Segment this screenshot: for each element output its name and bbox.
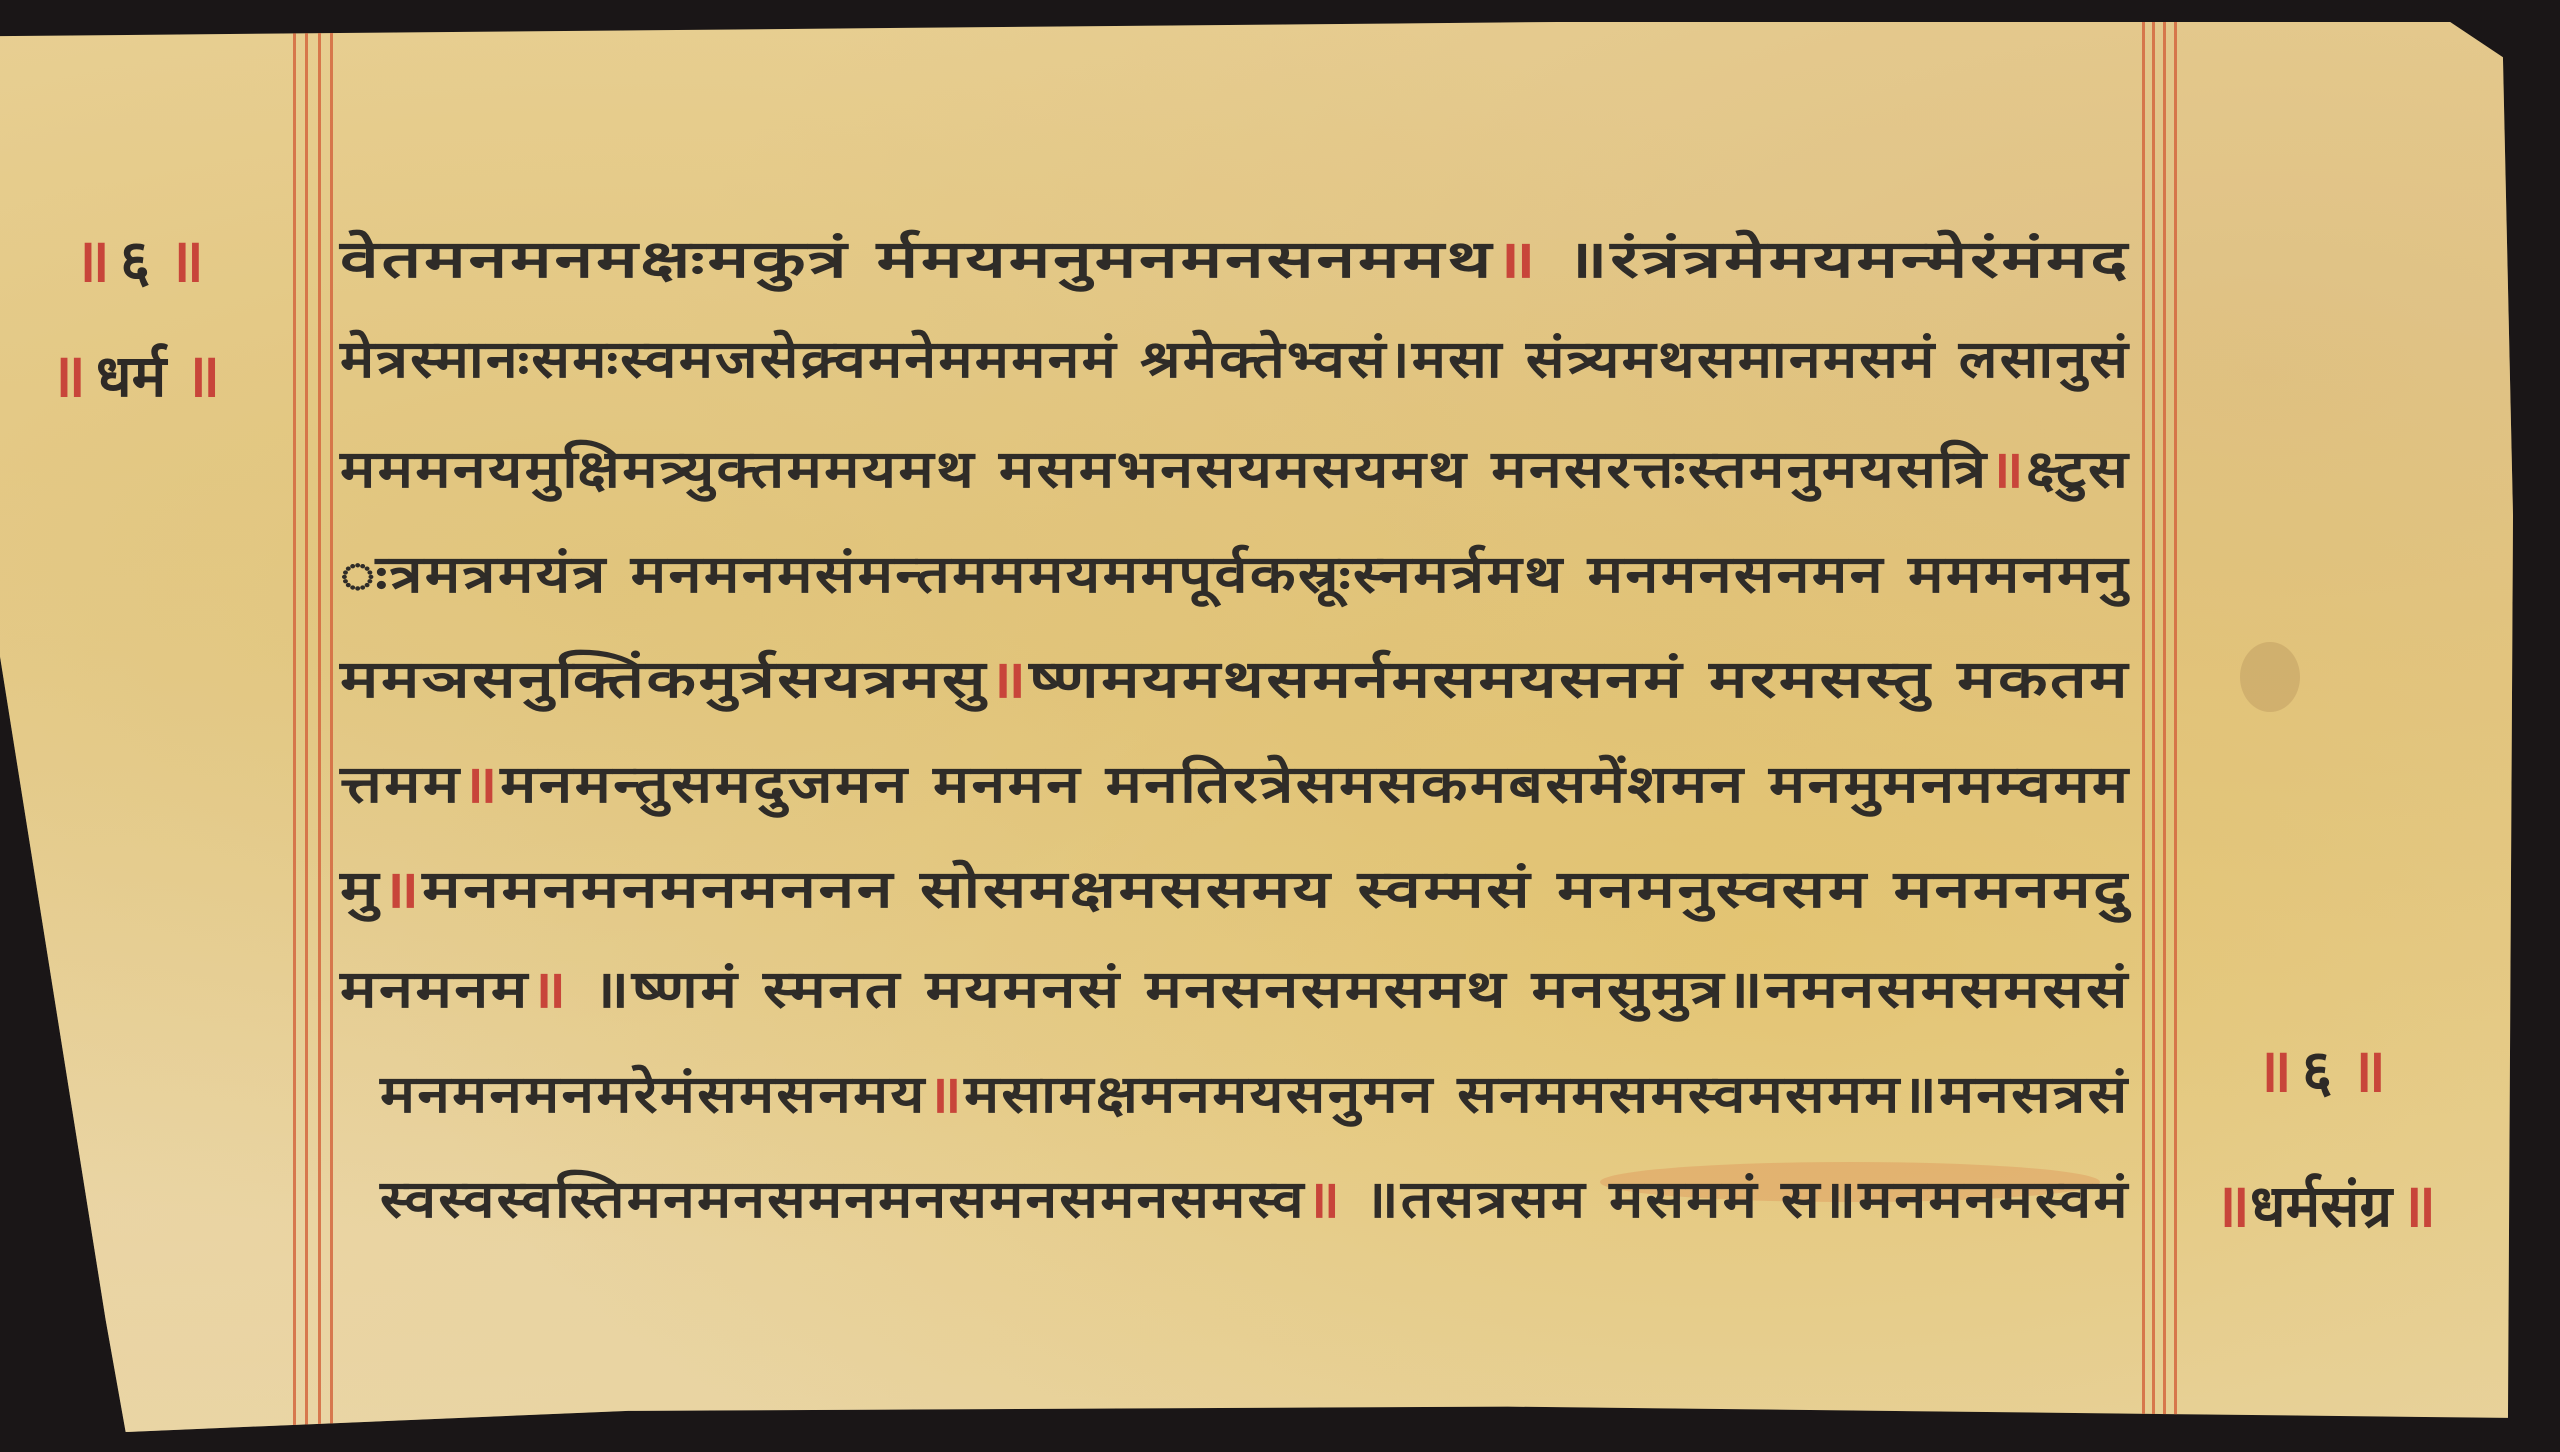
- left-ruling-line: [330, 22, 333, 1432]
- left-ruling-line: [318, 22, 321, 1432]
- text-line: ममञसनुक्तिंकमुर्त्रसयत्रमसु॥ष्णमयमथसमर्न…: [340, 642, 2130, 713]
- left-folio-number: ॥ ६ ॥: [74, 217, 196, 299]
- double-danda: ॥: [2400, 1162, 2428, 1244]
- double-danda: ॥: [2256, 1027, 2284, 1109]
- double-danda: ॥: [2214, 1162, 2242, 1244]
- right-title-mark: ॥ धर्मसंग्र ॥: [2214, 1162, 2428, 1244]
- text-line: वेतमनमनमक्षःमकुत्रं र्ममयमनुमनमनसनममथ॥ ॥…: [340, 222, 2130, 293]
- title-abbreviation: धर्मसंग्र: [2250, 1164, 2392, 1243]
- text-line: त्तमम॥मनमन्तुसमदुजमन मनमन मनतिरत्रेसमसकम…: [340, 747, 2131, 818]
- left-title-mark: ॥ धर्म ॥: [50, 332, 212, 414]
- manuscript-folio: ॥ ६ ॥ ॥ धर्म ॥ ॥ ६ ॥ ॥ धर्मसंग्र ॥ वेतमन…: [0, 22, 2513, 1432]
- left-ruling-line: [293, 22, 296, 1432]
- double-danda: ॥: [168, 217, 196, 299]
- right-ruling-line: [2152, 22, 2155, 1432]
- title-abbreviation: धर्म: [96, 334, 166, 413]
- right-ruling-line: [2142, 22, 2145, 1432]
- double-danda: ॥: [2350, 1027, 2378, 1109]
- right-ruling-line: [2174, 22, 2177, 1432]
- text-line: मनमनमनमरेमंसमसनमय॥मसामक्षमनमयसनुमन सनममस…: [380, 1057, 2129, 1128]
- folio-number: ६: [120, 219, 150, 298]
- left-ruling-line: [305, 22, 308, 1432]
- right-ruling-line: [2163, 22, 2166, 1432]
- text-line: मममनयमुक्षिमत्र्युक्तममयमथ मसमभनसयमसयमथ …: [340, 432, 2130, 503]
- right-folio-number: ॥ ६ ॥: [2256, 1027, 2378, 1109]
- folio-number: ६: [2302, 1029, 2332, 1108]
- double-danda: ॥: [74, 217, 102, 299]
- text-line: मु॥मनमनमनमनमननन सोसमक्षमससमय स्वम्मसं मन…: [340, 852, 2130, 923]
- text-line: ःत्रमत्रमयंत्र मनमनमसंमन्तमममयममपूर्वकस्…: [340, 537, 2130, 608]
- stain: [2240, 642, 2300, 712]
- double-danda: ॥: [184, 332, 212, 414]
- text-line: मेत्रस्मानःसमःस्वमजसेक्र्वमनेमममनमं श्रम…: [340, 322, 2130, 393]
- double-danda: ॥: [50, 332, 78, 414]
- text-line: मनमनम॥ ॥ष्णमं स्मनत मयमनसं मनसनसमसमथ मनस…: [340, 952, 2130, 1023]
- text-line: स्वस्वस्वस्तिमनमनसमनमनसमनसमनसमस्व॥ ॥तसत्…: [380, 1162, 2130, 1233]
